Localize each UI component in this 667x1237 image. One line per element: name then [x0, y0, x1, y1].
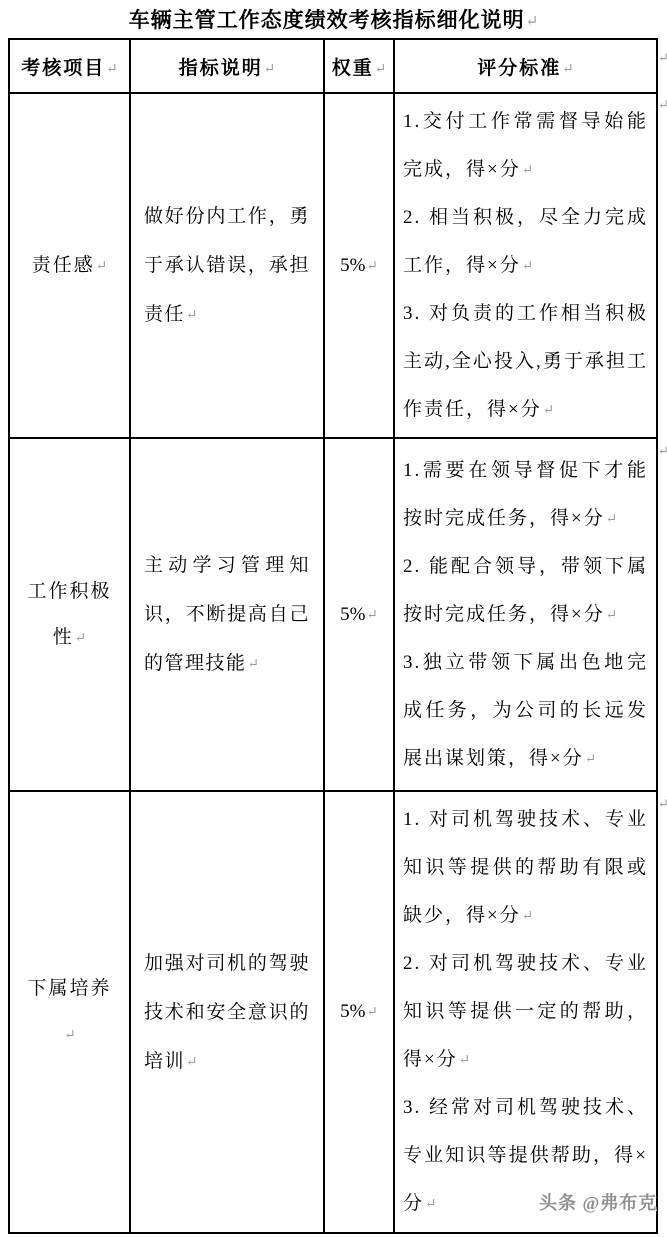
scoring-criteria-cell: 1.需要在领导督促下才能按时完成任务，得×分↵ 2. 能配合领导，带领下属按时完…	[394, 438, 657, 791]
pilcrow-mark-icon: ↵	[521, 162, 533, 177]
pilcrow-mark-icon: ↵	[247, 656, 259, 671]
weight-cell: 5%↵	[324, 791, 394, 1233]
criteria-item: 1.需要在领导督促下才能按时完成任务，得×分↵	[403, 447, 648, 543]
document-page: 车辆主管工作态度绩效考核指标细化说明↵ 考核项目↵ 指标说明↵ 权重↵ 评分标准…	[0, 0, 667, 1237]
pilcrow-mark-icon: ↵	[185, 307, 197, 322]
pilcrow-mark-icon: ↵	[365, 1004, 377, 1019]
assessment-item-cell: 责任感↵	[9, 93, 130, 438]
pilcrow-mark-icon: ↵	[458, 1052, 470, 1067]
criteria-item: 2. 相当积极，尽全力完成工作，得×分↵	[403, 194, 648, 290]
pilcrow-mark-icon: ↵	[525, 14, 539, 30]
pilcrow-mark-icon: ↵	[605, 511, 617, 526]
toutiao-watermark: 头条 @弗布克	[539, 1189, 657, 1215]
header-weight: 权重↵	[324, 39, 394, 93]
row-end-mark-icon: ↵	[658, 97, 667, 113]
pilcrow-mark-icon: ↵	[95, 258, 107, 273]
criteria-item: 3. 对负责的工作相当积极主动,全心投入,勇于承担工作责任，得×分↵	[403, 290, 648, 434]
criteria-item: 3.独立带领下属出色地完成任务，为公司的长远发展出谋划策，得×分↵	[403, 639, 648, 783]
pilcrow-mark-icon: ↵	[63, 1027, 75, 1042]
scoring-criteria-cell: 1.交付工作常需督导始能完成，得×分↵ 2. 相当积极，尽全力完成工作，得×分↵…	[394, 93, 657, 438]
assessment-item-cell: 工作积极性↵	[9, 438, 130, 791]
pilcrow-mark-icon: ↵	[365, 607, 377, 622]
assessment-table-container: 考核项目↵ 指标说明↵ 权重↵ 评分标准↵ 责任感↵ 做好份内工作，勇于承认错误…	[8, 38, 658, 1234]
pilcrow-mark-icon: ↵	[561, 61, 573, 76]
assessment-table: 考核项目↵ 指标说明↵ 权重↵ 评分标准↵ 责任感↵ 做好份内工作，勇于承认错误…	[8, 38, 658, 1234]
row-end-mark-icon: ↵	[658, 443, 667, 459]
pilcrow-mark-icon: ↵	[542, 402, 554, 417]
scoring-criteria-cell: 1. 对司机驾驶技术、专业知识等提供的帮助有限或缺少，得×分↵ 2. 对司机驾驶…	[394, 791, 657, 1233]
document-title-text: 车辆主管工作态度绩效考核指标细化说明	[129, 8, 525, 32]
indicator-description-cell: 做好份内工作，勇于承认错误，承担责任↵	[130, 93, 324, 438]
criteria-item: 1. 对司机驾驶技术、专业知识等提供的帮助有限或缺少，得×分↵	[403, 796, 648, 940]
pilcrow-mark-icon: ↵	[521, 908, 533, 923]
header-scoring-criteria: 评分标准↵	[394, 39, 657, 93]
table-row: 下属培养↵ 加强对司机的驾驶技术和安全意识的培训↵ 5%↵ 1. 对司机驾驶技术…	[9, 791, 657, 1233]
pilcrow-mark-icon: ↵	[105, 61, 117, 76]
header-row: 考核项目↵ 指标说明↵ 权重↵ 评分标准↵	[9, 39, 657, 93]
indicator-description-cell: 主动学习管理知识，不断提高自己的管理技能↵	[130, 438, 324, 791]
row-end-mark-icon: ↵	[658, 50, 667, 66]
pilcrow-mark-icon: ↵	[424, 1196, 436, 1211]
document-title: 车辆主管工作态度绩效考核指标细化说明↵	[0, 4, 667, 34]
indicator-description-cell: 加强对司机的驾驶技术和安全意识的培训↵	[130, 791, 324, 1233]
table-row: 工作积极性↵ 主动学习管理知识，不断提高自己的管理技能↵ 5%↵ 1.需要在领导…	[9, 438, 657, 791]
pilcrow-mark-icon: ↵	[185, 1054, 197, 1069]
header-indicator-description: 指标说明↵	[130, 39, 324, 93]
pilcrow-mark-icon: ↵	[584, 751, 596, 766]
pilcrow-mark-icon: ↵	[365, 258, 377, 273]
row-end-mark-icon: ↵	[658, 796, 667, 812]
pilcrow-mark-icon: ↵	[263, 61, 275, 76]
table-row: 责任感↵ 做好份内工作，勇于承认错误，承担责任↵ 5%↵ 1.交付工作常需督导始…	[9, 93, 657, 438]
weight-cell: 5%↵	[324, 93, 394, 438]
criteria-item: 1.交付工作常需督导始能完成，得×分↵	[403, 98, 648, 194]
assessment-item-cell: 下属培养↵	[9, 791, 130, 1233]
pilcrow-mark-icon: ↵	[605, 607, 617, 622]
header-assessment-item: 考核项目↵	[9, 39, 130, 93]
pilcrow-mark-icon: ↵	[374, 61, 386, 76]
pilcrow-mark-icon: ↵	[74, 630, 86, 645]
criteria-item: 2. 能配合领导，带领下属按时完成任务，得×分↵	[403, 543, 648, 639]
weight-cell: 5%↵	[324, 438, 394, 791]
criteria-item: 2. 对司机驾驶技术、专业知识等提供一定的帮助，得×分↵	[403, 940, 648, 1084]
pilcrow-mark-icon: ↵	[521, 258, 533, 273]
